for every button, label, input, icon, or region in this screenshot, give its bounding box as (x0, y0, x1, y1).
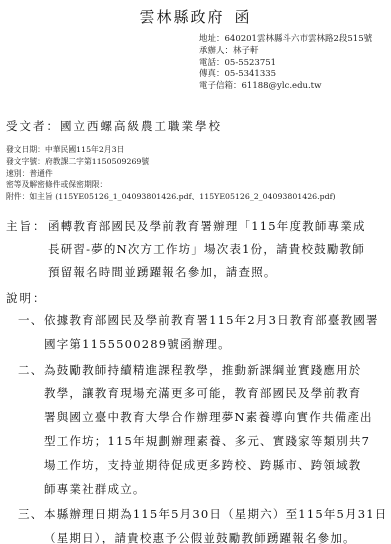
item-number: 三、 (18, 503, 43, 527)
delivery-speed: 速別：普通件 (6, 168, 336, 180)
item-line: 教學，讓教育現場充滿更多可能，教育部國民及學前教育 (44, 382, 388, 406)
subject-line: 函轉教育部國民及學前教育署辦理「115年度教師專業成 (48, 215, 378, 238)
item-line: 國字第1155500289號函辦理。 (44, 333, 388, 357)
subject-line: 長研習-夢的N次方工作坊」場次表1份，請貴校鼓勵教師 (48, 238, 378, 261)
document-number: 發文字號：府教課二字第1150509269號 (6, 156, 336, 168)
document-type: 函 (235, 8, 252, 26)
item-number: 二、 (18, 359, 43, 383)
letter-title: 雲林縣政府函 (0, 6, 391, 27)
recipient: 受文者：國立西螺高級農工職業學校 (6, 118, 222, 134)
description-items: 一、 依據教育部國民及學前教育署115年2月3日教育部臺教國署 國字第11555… (18, 309, 388, 544)
subject-label: 主旨： (6, 215, 47, 238)
sender-email[interactable]: 電子信箱：61188@ylc.edu.tw (199, 81, 389, 93)
sender-info: 地址：640201雲林縣斗六市雲林路2段515號 承辦人：林子軒 電話：05-5… (199, 34, 389, 93)
sender-contact: 承辦人：林子軒 (199, 46, 389, 58)
sender-phone: 電話：05-5523751 (199, 58, 389, 70)
item-line: 本縣辦理日期為115年5月30日（星期六）至115年5月31日 (44, 503, 388, 527)
secrecy-level: 密等及解密條件或保密期限： (6, 179, 336, 191)
official-letter: 雲林縣政府函 地址：640201雲林縣斗六市雲林路2段515號 承辦人：林子軒 … (0, 0, 391, 544)
description-item-1: 一、 依據教育部國民及學前教育署115年2月3日教育部臺教國署 國字第11555… (18, 309, 388, 357)
item-line: 為鼓勵教師持續精進課程教學，推動新課綱並實踐應用於 (44, 359, 388, 383)
document-meta: 發文日期：中華民國115年2月3日 發文字號：府教課二字第1150509269號… (6, 144, 336, 203)
item-number: 一、 (18, 309, 43, 333)
item-line: 場工作坊，支持並期待促成更多跨校、跨縣市、跨領域教 (44, 454, 388, 478)
subject-body: 函轉教育部國民及學前教育署辦理「115年度教師專業成 長研習-夢的N次方工作坊」… (48, 215, 378, 284)
recipient-label: 受文者： (6, 119, 60, 133)
sender-address: 地址：640201雲林縣斗六市雲林路2段515號 (199, 34, 389, 46)
item-line: 師專業社群成立。 (44, 478, 388, 502)
attachments[interactable]: 附件：如主旨 (115YE05126_1_04093801426.pdf、115… (6, 191, 336, 203)
issue-date: 發文日期：中華民國115年2月3日 (6, 144, 336, 156)
recipient-value: 國立西螺高級農工職業學校 (60, 119, 222, 133)
description-label: 說明： (6, 290, 47, 306)
issuing-agency: 雲林縣政府 (139, 8, 224, 26)
sender-fax: 傳真：05-5341335 (199, 69, 389, 81)
item-line: 署與國立臺中教育大學合作辦理夢N素養導向實作共備產出 (44, 406, 388, 430)
item-line: 型工作坊；115年規劃辦理素養、多元、實踐家等類別共7 (44, 430, 388, 454)
item-line: 依據教育部國民及學前教育署115年2月3日教育部臺教國署 (44, 309, 388, 333)
item-line: （星期日），請貴校惠予公假並鼓勵教師踴躍報名參加。 (44, 527, 388, 544)
description-item-3: 三、 本縣辦理日期為115年5月30日（星期六）至115年5月31日 （星期日）… (18, 503, 388, 544)
subject-line: 預留報名時間並踴躍報名參加，請查照。 (48, 261, 378, 284)
description-item-2: 二、 為鼓勵教師持續精進課程教學，推動新課綱並實踐應用於 教學，讓教育現場充滿更… (18, 359, 388, 502)
attachment-links[interactable]: 如主旨 (115YE05126_1_04093801426.pdf、115YE0… (29, 192, 335, 201)
